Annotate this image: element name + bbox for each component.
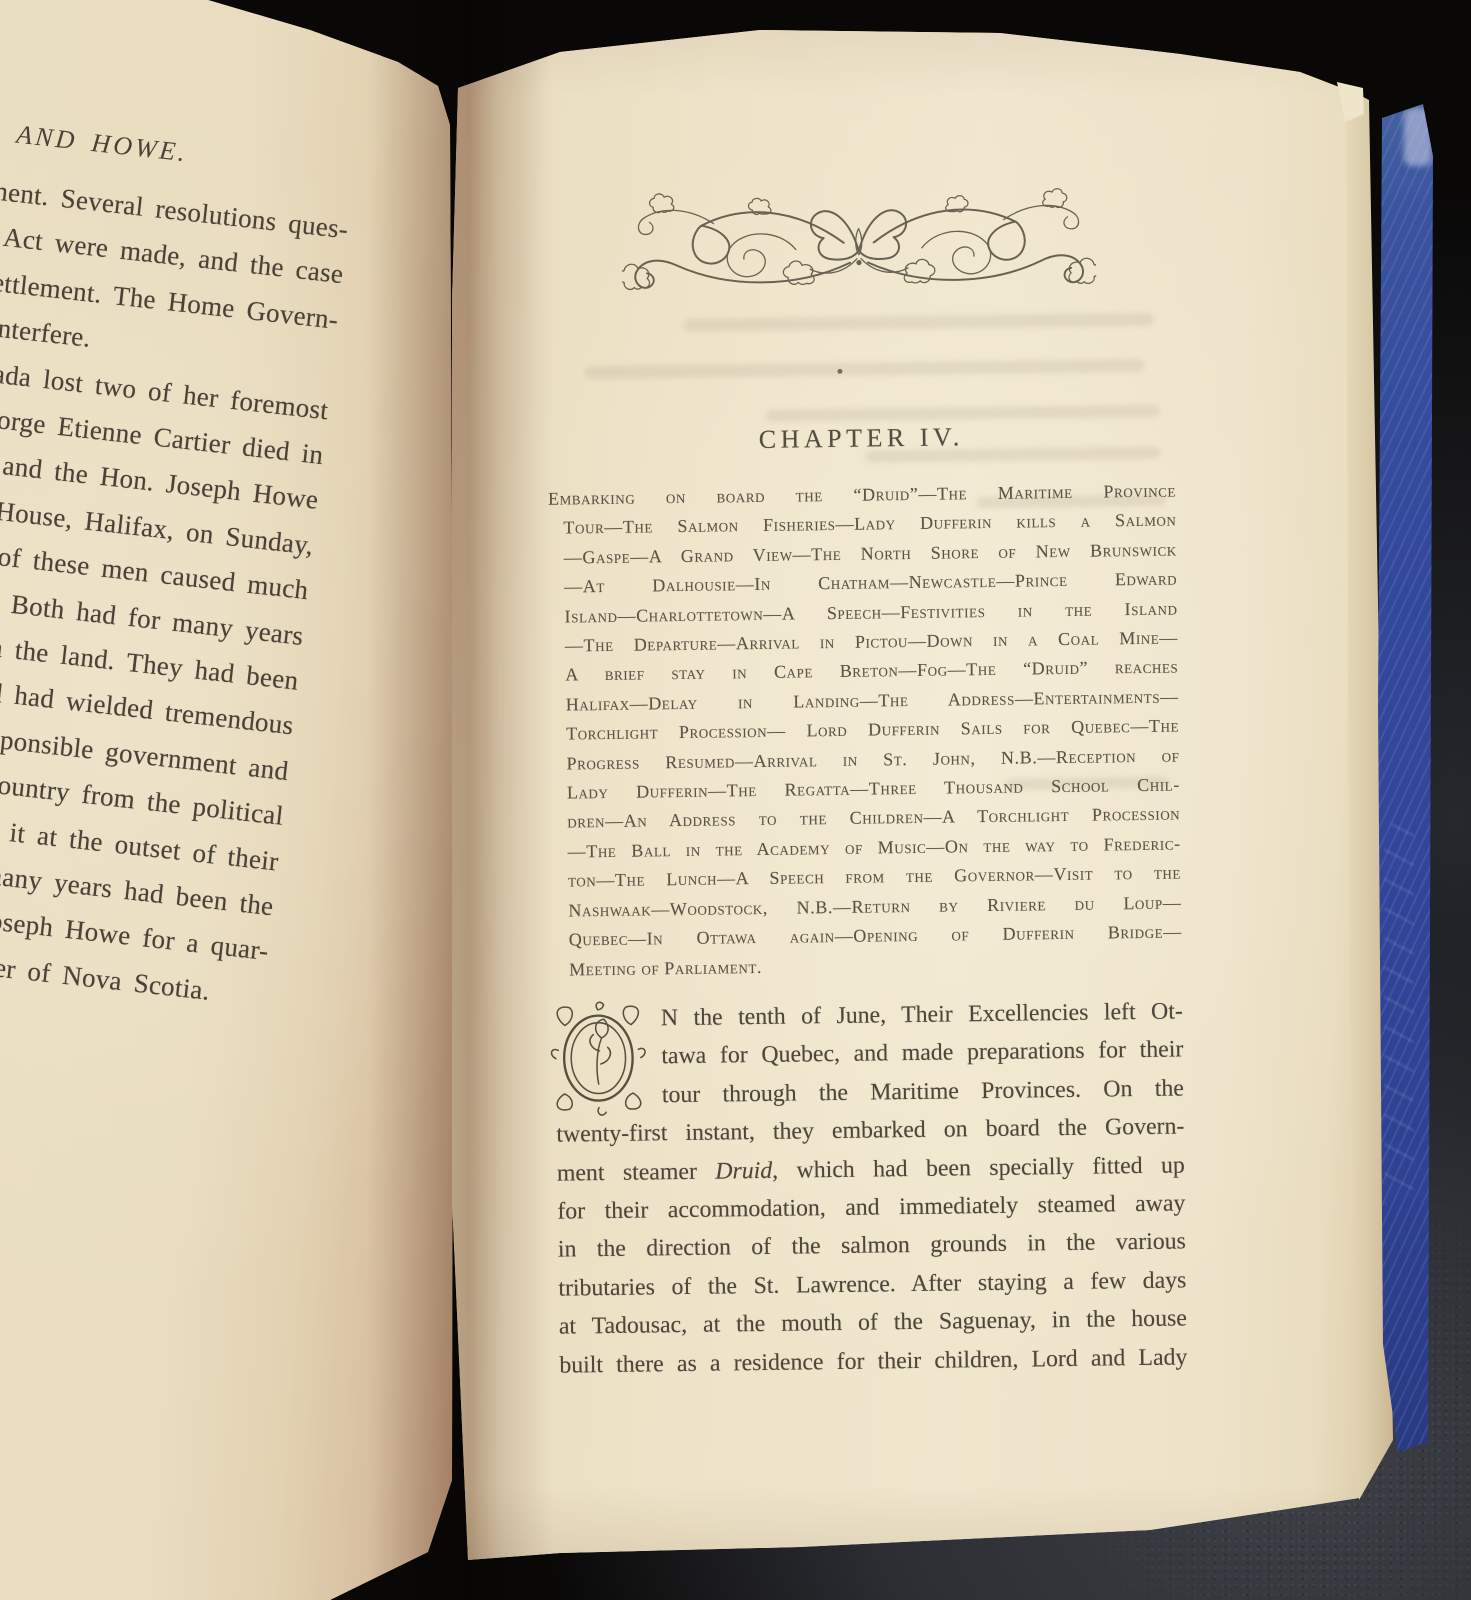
book-photo: AND HOWE. ment. Several resolutions ques… — [0, 0, 1471, 1600]
left-page: AND HOWE. ment. Several resolutions ques… — [0, 0, 470, 1600]
chapter-summary: Embarking on board the “Druid”—The Marit… — [548, 476, 1182, 984]
book-cover-edge — [1378, 104, 1436, 1456]
chapter-ornament-icon — [621, 186, 1096, 308]
section-dot — [837, 369, 842, 374]
show-through-smudge — [765, 405, 1160, 422]
left-page-text: AND HOWE. ment. Several resolutions ques… — [0, 176, 350, 1109]
show-through-smudge — [584, 359, 1144, 379]
left-page-running-header: AND HOWE. — [15, 120, 189, 169]
cover-scuff-marks — [1384, 824, 1414, 1204]
left-page-line: nterfere. — [0, 313, 92, 354]
right-page-content: CHAPTER IV. Embarking on board the “Drui… — [430, 12, 1390, 1584]
drop-cap-initial — [539, 996, 659, 1120]
body-line: built there as a residence for their chi… — [559, 1338, 1187, 1385]
show-through-smudge — [684, 313, 1154, 332]
cover-worn-patch — [1404, 108, 1432, 166]
right-page: CHAPTER IV. Embarking on board the “Drui… — [440, 18, 1380, 1578]
chapter-body: N the tenth of June, Their Excellencies … — [555, 992, 1188, 1384]
